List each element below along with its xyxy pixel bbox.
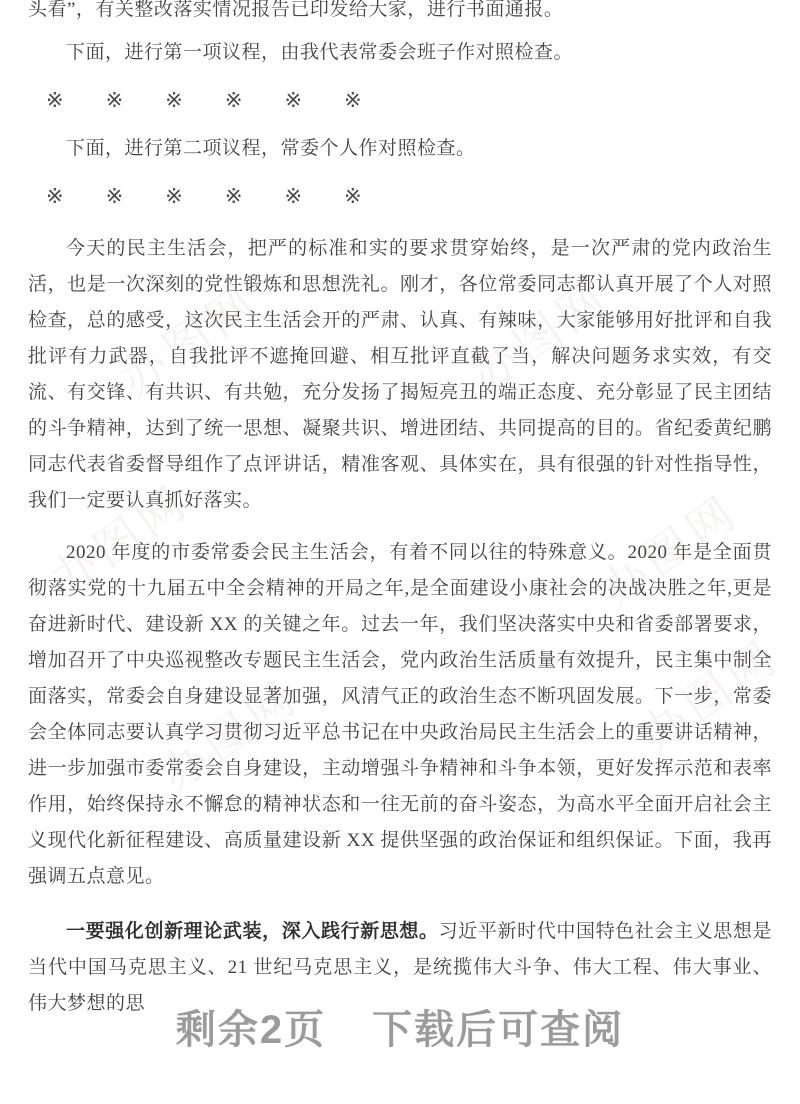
separator-marks-row: ※ ※ ※ ※ ※ ※ xyxy=(28,82,772,118)
reference-mark-icon: ※ xyxy=(344,82,362,118)
reference-mark-icon: ※ xyxy=(106,82,124,118)
reference-mark-icon: ※ xyxy=(284,178,302,214)
download-hint-label: 下载后可查阅 xyxy=(372,998,624,1055)
paragraph-partial-top: 头看”，有关整改落实情况报告已印发给大家，进行书面通报。 xyxy=(28,0,772,28)
point-one-lead-text: 一要强化创新理论武装，深入践行新思想。 xyxy=(66,921,439,942)
reference-mark-icon: ※ xyxy=(106,178,124,214)
reference-mark-icon: ※ xyxy=(165,82,183,118)
document-page: 办图网 办图网 办图网 办图网 办图网 办图网 头看”，有关整改落实情况报告已印… xyxy=(0,0,800,1104)
reference-mark-icon: ※ xyxy=(344,178,362,214)
paragraph-2020-significance: 2020 年度的市委常委会民主生活会，有着不同以往的特殊意义。2020 年是全面… xyxy=(28,535,772,895)
reference-mark-icon: ※ xyxy=(225,178,243,214)
reference-mark-icon: ※ xyxy=(46,178,64,214)
pages-remaining-label: 剩余2页 xyxy=(176,998,326,1055)
reference-mark-icon: ※ xyxy=(284,82,302,118)
paragraph-agenda-item-1: 下面，进行第一项议程，由我代表常委会班子作对照检查。 xyxy=(28,35,772,71)
preview-footer-banner: 剩余2页 下载后可查阅 xyxy=(0,998,800,1055)
separator-marks-row: ※ ※ ※ ※ ※ ※ xyxy=(28,178,772,214)
reference-mark-icon: ※ xyxy=(225,82,243,118)
paragraph-meeting-summary: 今天的民主生活会，把严的标准和实的要求贯穿始终，是一次严肃的党内政治生活，也是一… xyxy=(28,231,772,519)
paragraph-agenda-item-2: 下面，进行第二项议程，常委个人作对照检查。 xyxy=(28,131,772,167)
reference-mark-icon: ※ xyxy=(165,178,183,214)
reference-mark-icon: ※ xyxy=(46,82,64,118)
